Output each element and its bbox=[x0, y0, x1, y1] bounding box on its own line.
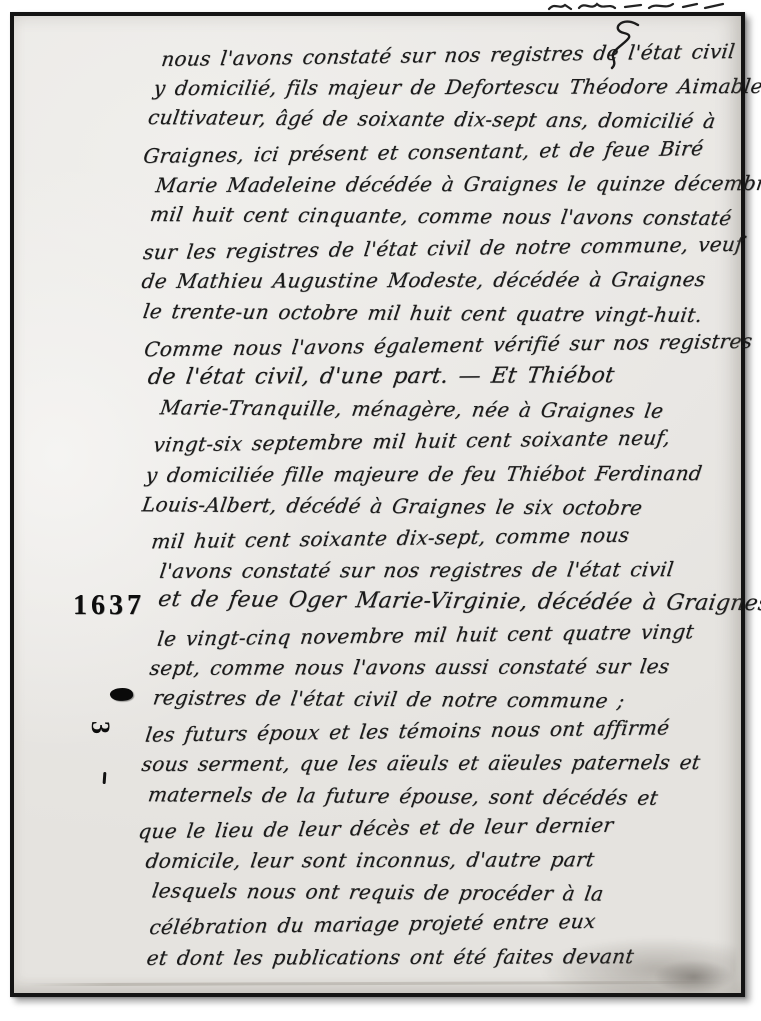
handwriting-line: y domiciliée fille majeure de feu Thiébo… bbox=[144, 460, 704, 488]
handwriting-line: que le lieu de leur décès et de leur der… bbox=[137, 811, 615, 844]
handwriting-line: sur les registres de l'état civil de not… bbox=[142, 231, 745, 265]
handwriting-line: domicile, leur sont inconnus, d'autre pa… bbox=[144, 846, 596, 874]
handwriting-line: lesquels nous ont requis de procéder à l… bbox=[150, 878, 605, 907]
handwriting-line: maternels de la future épouse, sont décé… bbox=[146, 781, 660, 811]
registry-number-stamp: 1637 bbox=[73, 590, 145, 622]
handwriting-line: vingt-six septembre mil huit cent soixan… bbox=[152, 425, 672, 458]
handwriting-line: de Mathieu Augustine Modeste, décédée à … bbox=[140, 266, 707, 294]
document-scan: 1637 3 nous l'avons constaté sur nos reg… bbox=[10, 12, 745, 997]
handwriting-line: le trente-un octobre mil huit cent quatr… bbox=[141, 298, 704, 328]
handwriting-line: les futurs époux et les témoins nous ont… bbox=[144, 715, 671, 748]
handwriting-line: Marie Madeleine décédée à Graignes le qu… bbox=[154, 170, 761, 198]
scan-viewport: 1637 3 nous l'avons constaté sur nos reg… bbox=[0, 0, 761, 1021]
handwriting-line: le vingt-cinq novembre mil huit cent qua… bbox=[156, 618, 696, 651]
cut-off-handwriting-fragment bbox=[545, 0, 730, 11]
handwriting-line: mil huit cent cinquante, comme nous l'av… bbox=[148, 201, 733, 231]
handwriting-line: et de feue Oger Marie-Virginie, décédée … bbox=[156, 587, 761, 617]
ink-blot-mark bbox=[109, 687, 133, 702]
handwriting-line: sous serment, que les aïeuls et aïeules … bbox=[140, 749, 702, 777]
handwriting-line: Comme nous l'avons également vérifié sur… bbox=[143, 328, 754, 362]
paper-background: 1637 3 nous l'avons constaté sur nos reg… bbox=[14, 16, 741, 993]
handwriting-line: Graignes, ici présent et consentant, et … bbox=[142, 135, 705, 169]
handwriting-line: registres de l'état civil de notre commu… bbox=[151, 684, 626, 713]
handwriting-line: l'avons constaté sur nos registres de l'… bbox=[158, 556, 675, 584]
handwriting-line: nous l'avons constaté sur nos registres … bbox=[160, 38, 737, 72]
margin-tick-mark bbox=[103, 772, 107, 784]
rotated-margin-number: 3 bbox=[85, 721, 115, 745]
handwriting-strokes-icon bbox=[545, 0, 730, 11]
handwriting-line: cultivateur, âgé de soixante dix-sept an… bbox=[146, 104, 717, 134]
handwriting-line: y domicilié, fils majeur de Defortescu T… bbox=[152, 73, 761, 101]
ink-smudge-dark bbox=[654, 960, 734, 994]
handwriting-line: sept, comme nous l'avons aussi constaté … bbox=[148, 653, 671, 681]
handwriting-line: Marie-Tranquille, ménagère, née à Graign… bbox=[158, 394, 665, 424]
handwriting-line: mil huit cent soixante dix-sept, comme n… bbox=[150, 522, 631, 555]
handwriting-line: de l'état civil, d'une part. — Et Thiébo… bbox=[146, 363, 616, 391]
handwriting-line: célébration du mariage projeté entre eux bbox=[148, 908, 597, 940]
handwriting-line: Louis-Albert, décédé à Graignes le six o… bbox=[140, 491, 644, 520]
